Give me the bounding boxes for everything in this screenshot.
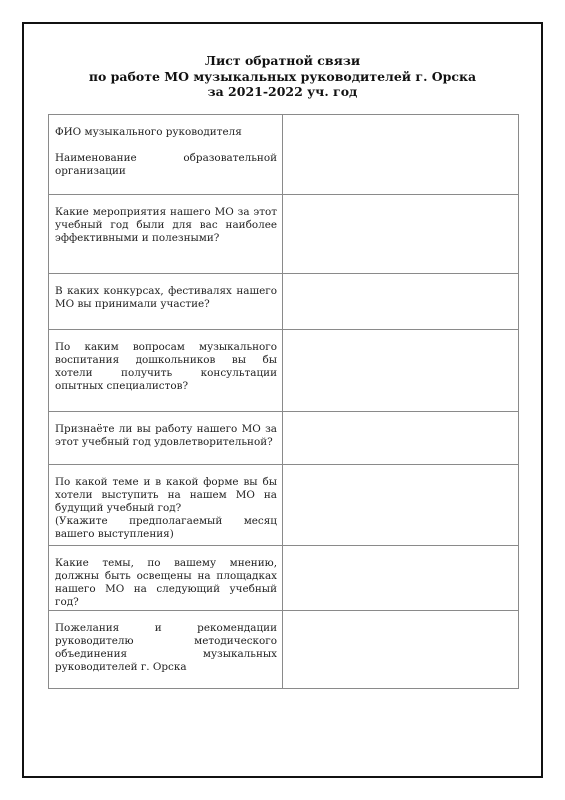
title-line-1: Лист обратной связи — [0, 53, 565, 69]
table-row: Какие мероприятия нашего МО за этот учеб… — [49, 195, 519, 274]
answer-cell[interactable] — [283, 115, 519, 195]
answer-cell[interactable] — [283, 611, 519, 689]
question-note: (Укажите предполагаемый месяц вашего выс… — [55, 515, 277, 541]
table-row: По каким вопросам музыкального воспитани… — [49, 330, 519, 412]
question-text: В каких конкурсах, фестивалях нашего МО … — [55, 285, 277, 311]
answer-cell[interactable] — [283, 330, 519, 412]
answer-cell[interactable] — [283, 546, 519, 611]
table-row: Какие темы, по вашему мнению, должны быт… — [49, 546, 519, 611]
question-cell: В каких конкурсах, фестивалях нашего МО … — [49, 274, 283, 330]
table-row: По какой теме и в какой форме вы бы хоте… — [49, 465, 519, 546]
table-row: Пожелания и рекомендации руководителю ме… — [49, 611, 519, 689]
question-organization: Наименование образовательной организации — [55, 152, 277, 178]
question-cell: Какие темы, по вашему мнению, должны быт… — [49, 546, 283, 611]
feedback-table: ФИО музыкального руководителя Наименован… — [48, 114, 519, 689]
title-line-2: по работе МО музыкальных руководителей г… — [0, 69, 565, 85]
question-fio: ФИО музыкального руководителя — [55, 126, 277, 139]
answer-cell[interactable] — [283, 274, 519, 330]
answer-cell[interactable] — [283, 465, 519, 546]
table-row: В каких конкурсах, фестивалях нашего МО … — [49, 274, 519, 330]
question-text: Признаёте ли вы работу нашего МО за этот… — [55, 423, 277, 449]
answer-cell[interactable] — [283, 195, 519, 274]
table-row: ФИО музыкального руководителя Наименован… — [49, 115, 519, 195]
question-cell: По каким вопросам музыкального воспитани… — [49, 330, 283, 412]
question-text: Какие мероприятия нашего МО за этот учеб… — [55, 206, 277, 245]
question-cell: ФИО музыкального руководителя Наименован… — [49, 115, 283, 195]
question-text: Какие темы, по вашему мнению, должны быт… — [55, 557, 277, 609]
question-text: По каким вопросам музыкального воспитани… — [55, 341, 277, 393]
question-cell: По какой теме и в какой форме вы бы хоте… — [49, 465, 283, 546]
table-row: Признаёте ли вы работу нашего МО за этот… — [49, 412, 519, 465]
question-text: По какой теме и в какой форме вы бы хоте… — [55, 476, 277, 515]
question-cell: Какие мероприятия нашего МО за этот учеб… — [49, 195, 283, 274]
answer-cell[interactable] — [283, 412, 519, 465]
document-title: Лист обратной связи по работе МО музыкал… — [0, 53, 565, 100]
title-line-3: за 2021-2022 уч. год — [0, 84, 565, 100]
question-cell: Признаёте ли вы работу нашего МО за этот… — [49, 412, 283, 465]
question-text: Пожелания и рекомендации руководителю ме… — [55, 622, 277, 674]
question-cell: Пожелания и рекомендации руководителю ме… — [49, 611, 283, 689]
